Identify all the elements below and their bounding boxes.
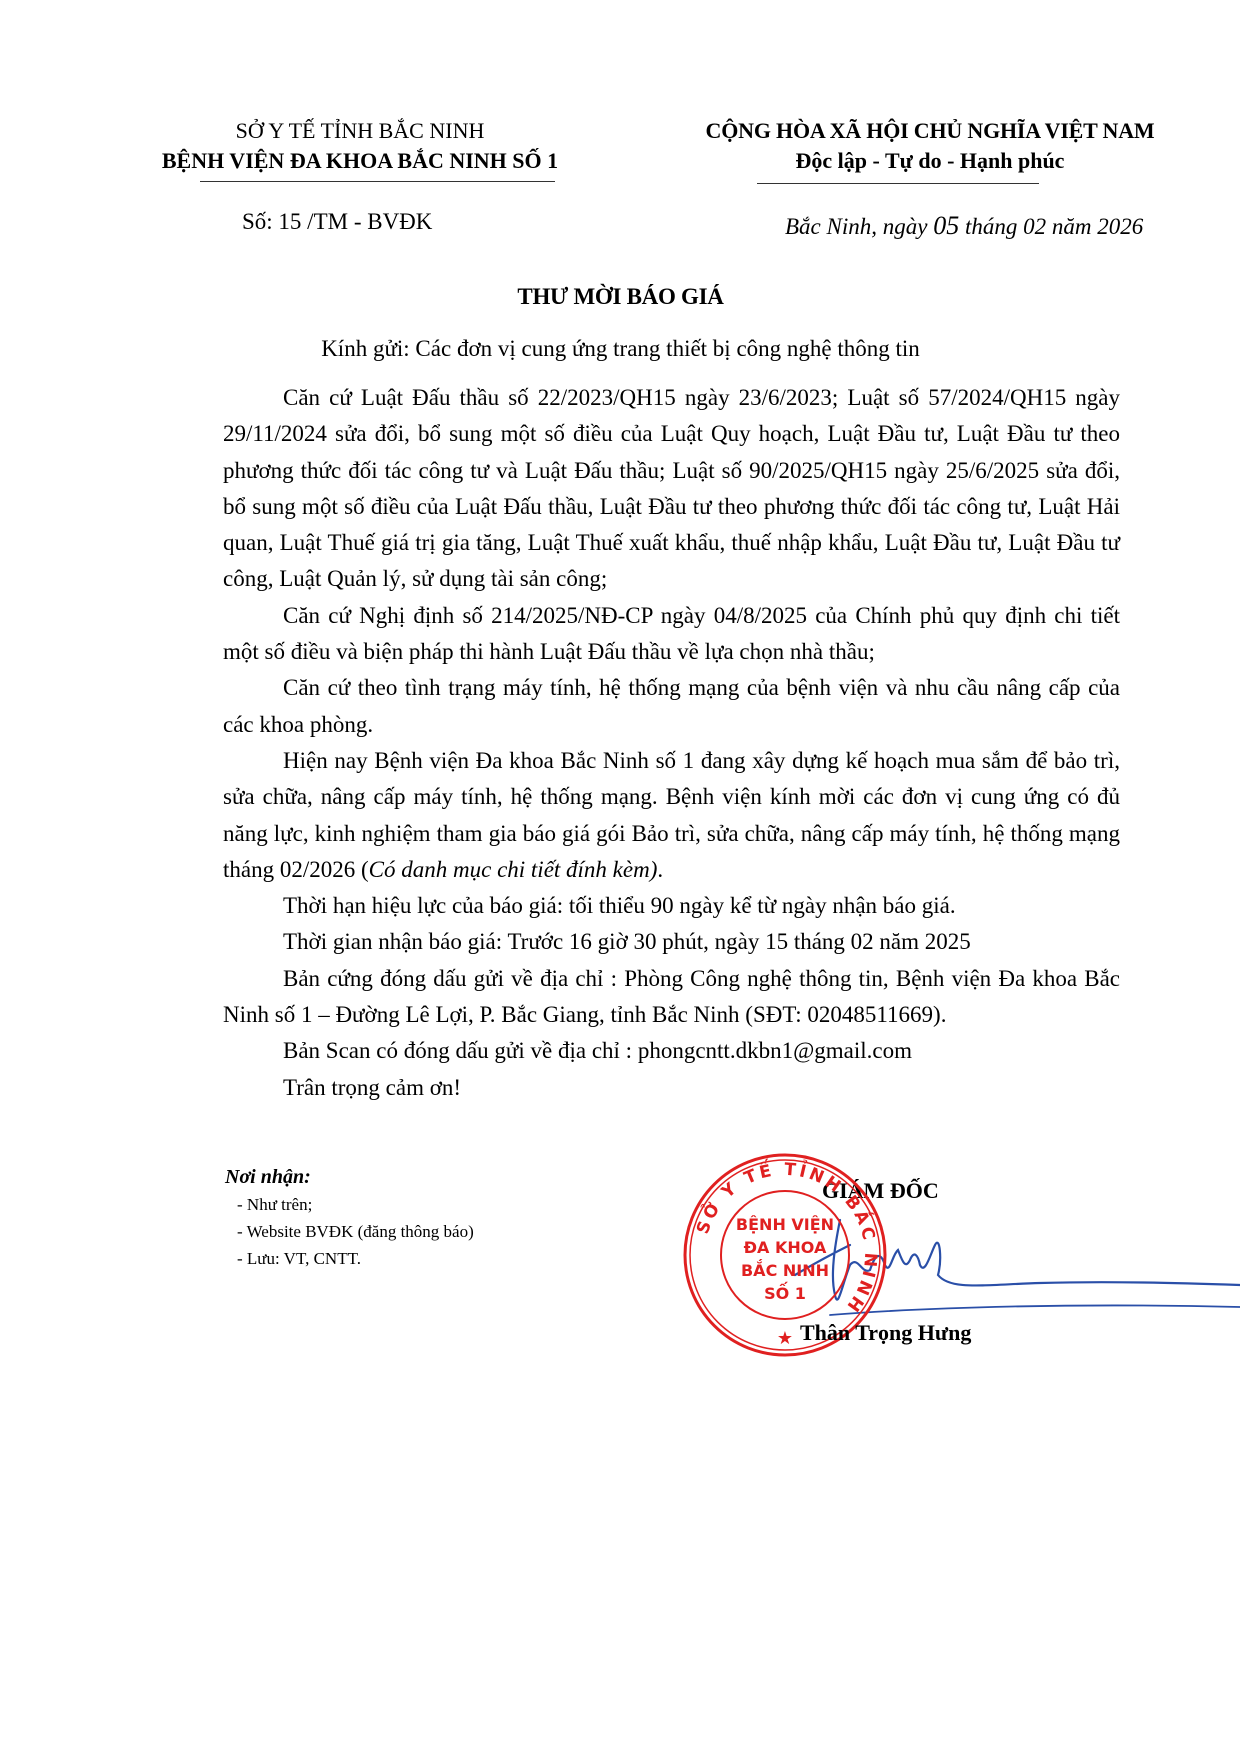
organization-name: BỆNH VIỆN ĐA KHOA BẮC NINH SỐ 1 bbox=[100, 146, 620, 176]
paragraph-deadline: Thời gian nhận báo giá: Trước 16 giờ 30 … bbox=[223, 924, 1120, 960]
header-right-underline bbox=[757, 183, 1039, 184]
paragraph-scan-email: Bản Scan có đóng dấu gửi về địa chỉ : ph… bbox=[223, 1033, 1120, 1069]
svg-text:SỐ 1: SỐ 1 bbox=[764, 1282, 806, 1303]
date-day: 05 bbox=[933, 211, 959, 240]
receiver-item: - Website BVĐK (đăng thông báo) bbox=[225, 1218, 474, 1245]
paragraph-validity: Thời hạn hiệu lực của báo giá: tối thiểu… bbox=[223, 888, 1120, 924]
receiver-item: - Như trên; bbox=[225, 1191, 474, 1218]
receivers-heading: Nơi nhận: bbox=[225, 1163, 474, 1191]
invitation-text: Hiện nay Bệnh viện Đa khoa Bắc Ninh số 1… bbox=[223, 748, 1120, 882]
national-motto: Độc lập - Tự do - Hạnh phúc bbox=[640, 146, 1220, 176]
document-date: Bắc Ninh, ngày 05 tháng 02 năm 2026 bbox=[785, 211, 1143, 241]
paragraph-legal-basis-3: Căn cứ theo tình trạng máy tính, hệ thốn… bbox=[223, 670, 1120, 743]
country-name: CỘNG HÒA XÃ HỘI CHỦ NGHĨA VIỆT NAM bbox=[640, 116, 1220, 146]
paragraph-legal-basis-1: Căn cứ Luật Đấu thầu số 22/2023/QH15 ngà… bbox=[223, 380, 1120, 598]
receiver-item: - Lưu: VT, CNTT. bbox=[225, 1245, 474, 1272]
svg-text:BẮC NINH: BẮC NINH bbox=[741, 1259, 829, 1280]
attachment-note: Có danh mục chi tiết đính kèm) bbox=[369, 857, 658, 882]
date-prefix: Bắc Ninh, ngày bbox=[785, 214, 933, 239]
invitation-end: . bbox=[657, 857, 663, 882]
header-left-underline bbox=[200, 181, 555, 182]
paragraph-invitation: Hiện nay Bệnh viện Đa khoa Bắc Ninh số 1… bbox=[223, 743, 1120, 888]
header-right: CỘNG HÒA XÃ HỘI CHỦ NGHĨA VIỆT NAM Độc l… bbox=[640, 116, 1220, 176]
svg-text:★: ★ bbox=[777, 1328, 793, 1349]
letter-body: Căn cứ Luật Đấu thầu số 22/2023/QH15 ngà… bbox=[223, 380, 1120, 1106]
paragraph-thanks: Trân trọng cảm ơn! bbox=[223, 1070, 1120, 1106]
date-suffix: tháng 02 năm 2026 bbox=[959, 214, 1143, 239]
document-title: THƯ MỜI BÁO GIÁ bbox=[0, 284, 1241, 310]
receivers-block: Nơi nhận: - Như trên; - Website BVĐK (đă… bbox=[225, 1163, 474, 1272]
document-number: Số: 15 /TM - BVĐK bbox=[242, 209, 432, 235]
agency-name: SỞ Y TẾ TỈNH BẮC NINH bbox=[100, 116, 620, 146]
paragraph-hardcopy-address: Bản cứng đóng dấu gửi về địa chỉ : Phòng… bbox=[223, 961, 1120, 1034]
signer-name: Thân Trọng Hưng bbox=[800, 1320, 971, 1346]
recipient-line: Kính gửi: Các đơn vị cung ứng trang thiế… bbox=[0, 336, 1241, 362]
paragraph-legal-basis-2: Căn cứ Nghị định số 214/2025/NĐ-CP ngày … bbox=[223, 598, 1120, 671]
header-left: SỞ Y TẾ TỈNH BẮC NINH BỆNH VIỆN ĐA KHOA … bbox=[100, 116, 620, 176]
svg-text:BỆNH VIỆN: BỆNH VIỆN bbox=[736, 1214, 834, 1234]
svg-text:ĐA KHOA: ĐA KHOA bbox=[744, 1238, 827, 1257]
